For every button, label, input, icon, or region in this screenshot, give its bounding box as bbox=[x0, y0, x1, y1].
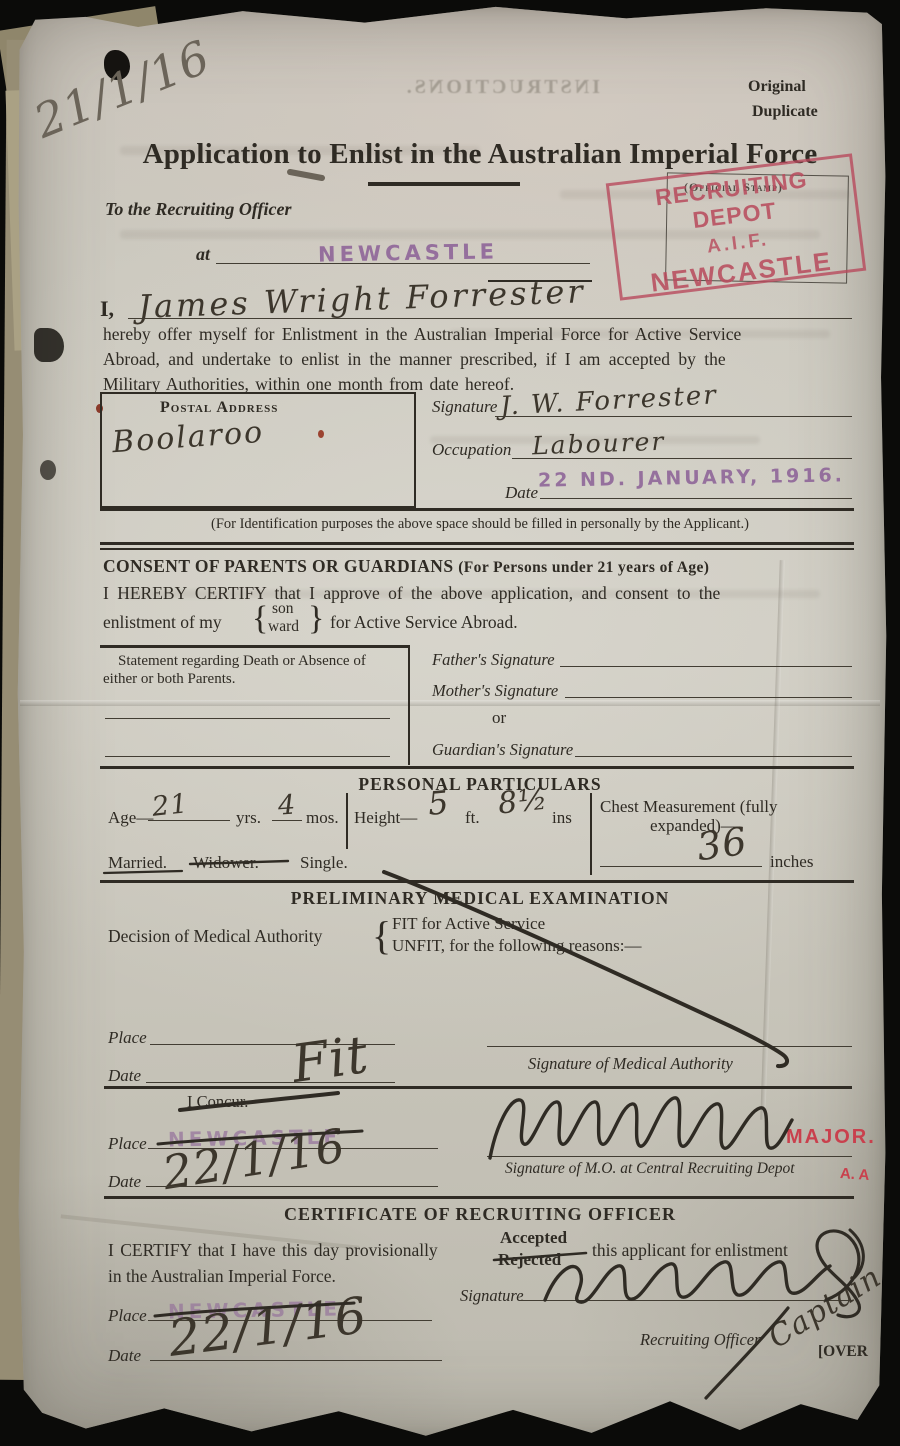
statement-box-top bbox=[100, 645, 410, 648]
cert-date-label: Date bbox=[108, 1346, 141, 1366]
bleedthrough-instructions: INSTRUCTIONS. bbox=[340, 76, 600, 99]
statement-line-1 bbox=[105, 702, 390, 719]
consent-body-line1: I HEREBY CERTIFY that I approve of the a… bbox=[103, 583, 720, 604]
particulars-divider-1 bbox=[346, 793, 348, 849]
section-rule-5 bbox=[104, 1086, 852, 1089]
copy-duplicate-label: Duplicate bbox=[752, 103, 818, 121]
scanned-enlistment-form: INSTRUCTIONS. 21/1/16 Original Duplicate… bbox=[0, 0, 900, 1446]
consent-heading-note: (For Persons under 21 years of Age) bbox=[458, 559, 709, 576]
cert-place-label: Place bbox=[108, 1306, 147, 1326]
father-signature-label: Father's Signature bbox=[432, 650, 555, 670]
medical-date-label: Date bbox=[108, 1066, 141, 1086]
guardian-signature-label: Guardian's Signature bbox=[432, 740, 573, 760]
guardian-signature-line bbox=[575, 740, 852, 757]
ro-signature-line bbox=[520, 1284, 852, 1301]
name-line bbox=[128, 300, 852, 319]
mo-sig-label: Signature of M.O. at Central Recruiting … bbox=[505, 1160, 795, 1178]
statement-label-1: Statement regarding Death or Absence of bbox=[118, 653, 366, 670]
rejected-option: Rejected bbox=[498, 1250, 561, 1270]
medical-authority-sig-line bbox=[487, 1030, 852, 1047]
certificate-body-1b: this applicant for enlistment bbox=[592, 1240, 788, 1261]
decision-label: Decision of Medical Authority bbox=[108, 926, 322, 947]
medical-heading: PRELIMINARY MEDICAL EXAMINATION bbox=[110, 888, 850, 909]
chest-line bbox=[600, 852, 762, 867]
age-label: Age— bbox=[108, 808, 153, 828]
age-line bbox=[148, 806, 230, 821]
mo-date-line bbox=[146, 1170, 438, 1187]
consent-heading-main: CONSENT OF PARENTS OR GUARDIANS bbox=[103, 556, 453, 576]
statement-box-divider bbox=[408, 645, 410, 765]
concur-fit-handwriting: Fit bbox=[288, 1025, 372, 1095]
medical-authority-sig-label: Signature of Medical Authority bbox=[528, 1054, 733, 1074]
mos-label: mos. bbox=[306, 808, 339, 828]
declaration-line2: Abroad, and undertake to enlist in the m… bbox=[103, 349, 726, 370]
date-label: Date bbox=[505, 483, 538, 503]
medical-place-label: Place bbox=[108, 1028, 147, 1048]
statement-line-2 bbox=[105, 740, 390, 757]
section-rule-4 bbox=[100, 880, 854, 883]
consent-brace-left: { bbox=[252, 600, 268, 638]
occupation-label: Occupation bbox=[432, 440, 511, 460]
mother-signature-line bbox=[565, 681, 852, 698]
fit-line: FIT for Active Service bbox=[392, 914, 545, 934]
ro-signature-label: Signature bbox=[460, 1286, 524, 1306]
date-line bbox=[540, 482, 852, 499]
height-ft-value: 5 bbox=[426, 783, 451, 823]
concur-label: I Concur. bbox=[187, 1092, 248, 1112]
or-label: or bbox=[492, 708, 506, 728]
declaration-line1: hereby offer myself for Enlistment in th… bbox=[103, 324, 741, 345]
consent-brace-right: } bbox=[308, 600, 324, 638]
mo-place-label: Place bbox=[108, 1134, 147, 1154]
section-rule-1 bbox=[100, 508, 854, 511]
mother-signature-label: Mother's Signature bbox=[432, 681, 558, 701]
corner-mark: A. A bbox=[839, 1165, 870, 1184]
section-rule-2a bbox=[100, 542, 854, 545]
at-line bbox=[216, 245, 590, 264]
single-option: Single. bbox=[300, 853, 348, 873]
addressee-label: To the Recruiting Officer bbox=[105, 199, 292, 220]
ins-label: ins bbox=[552, 808, 572, 828]
at-label: at bbox=[196, 244, 210, 265]
chest-label-1: Chest Measurement (fully bbox=[600, 797, 778, 817]
recruiting-officer-label: Recruiting Officer bbox=[640, 1330, 761, 1350]
decision-brace: { bbox=[372, 912, 391, 959]
cert-date-line bbox=[150, 1344, 442, 1361]
mos-line bbox=[272, 806, 302, 821]
accepted-option: Accepted bbox=[500, 1228, 567, 1248]
occupation-line bbox=[512, 442, 852, 459]
yrs-label: yrs. bbox=[236, 808, 261, 828]
consent-body-line2a: enlistment of my bbox=[103, 612, 222, 633]
particulars-divider-2 bbox=[590, 793, 592, 875]
certificate-body-2: in the Australian Imperial Force. bbox=[108, 1266, 336, 1287]
ft-label: ft. bbox=[465, 808, 480, 828]
title-underline bbox=[368, 182, 520, 186]
father-signature-line bbox=[560, 650, 852, 667]
over-label: [OVER bbox=[818, 1343, 868, 1361]
consent-choice-ward: ward bbox=[268, 618, 299, 636]
declaration-prefix: I, bbox=[100, 296, 114, 322]
mo-sig-line bbox=[487, 1140, 852, 1157]
section-rule-2b bbox=[100, 548, 854, 550]
consent-choice-son: son bbox=[272, 600, 294, 618]
inches-label: inches bbox=[770, 852, 813, 872]
married-option: Married. bbox=[108, 853, 167, 873]
consent-heading: CONSENT OF PARENTS OR GUARDIANS (For Per… bbox=[103, 556, 709, 577]
certificate-body-1a: I CERTIFY that I have this day provision… bbox=[108, 1240, 438, 1261]
certificate-heading: CERTIFICATE OF RECRUITING OFFICER bbox=[110, 1204, 850, 1225]
particulars-heading: PERSONAL PARTICULARS bbox=[110, 774, 850, 795]
section-rule-3 bbox=[100, 766, 854, 769]
mo-date-label: Date bbox=[108, 1172, 141, 1192]
widower-option: Widower. bbox=[193, 853, 259, 873]
signature-label: Signature bbox=[432, 397, 497, 417]
identification-footnote: (For Identification purposes the above s… bbox=[110, 516, 850, 533]
statement-label-2: either or both Parents. bbox=[103, 671, 235, 688]
section-rule-6 bbox=[104, 1196, 854, 1199]
consent-body-line2b: for Active Service Abroad. bbox=[330, 612, 518, 633]
form-title: Application to Enlist in the Australian … bbox=[110, 138, 850, 171]
unfit-line: UNFIT, for the following reasons:— bbox=[392, 936, 641, 956]
signature-line bbox=[495, 400, 852, 417]
height-label: Height— bbox=[354, 808, 417, 828]
height-in-value: 8½ bbox=[496, 781, 550, 821]
copy-original-label: Original bbox=[748, 78, 806, 96]
